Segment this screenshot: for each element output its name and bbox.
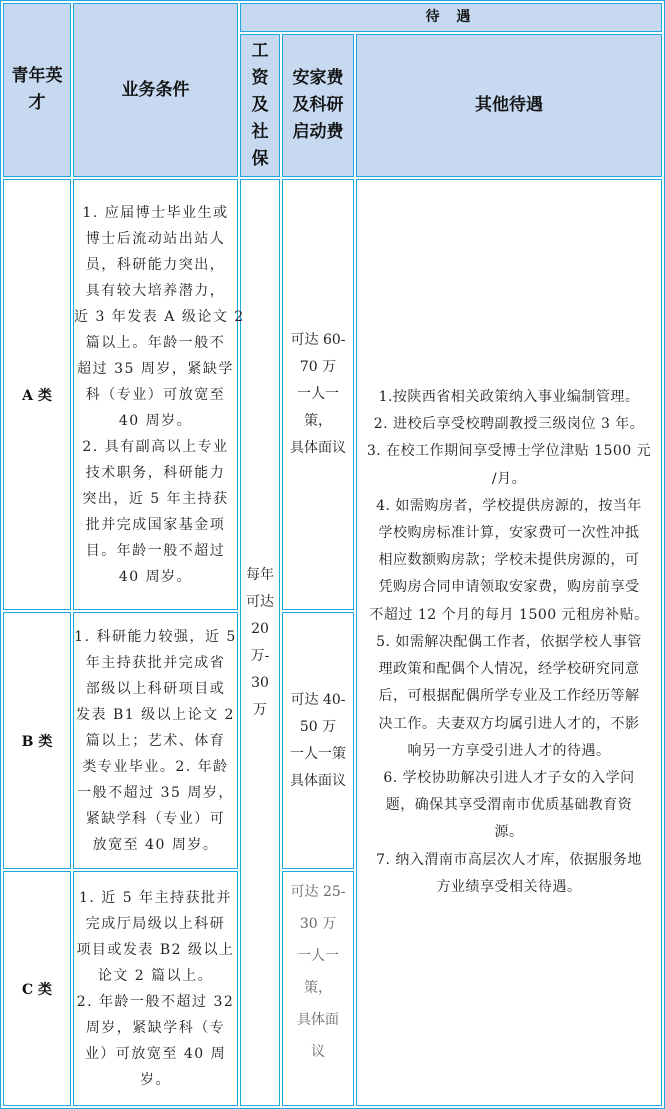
fee-c: 可达 25-30 万一人一策，具体面议 bbox=[282, 871, 354, 1106]
other-benefits: 1.按陕西省相关政策纳入事业编制管理。2. 进校后享受校聘副教授三级岗位 3 年… bbox=[356, 179, 662, 1106]
conditions-a: 1. 应届博士毕业生或博士后流动站出站人员，科研能力突出，具有较大培养潜力，近 … bbox=[73, 179, 238, 610]
table-row-a: A 类 1. 应届博士毕业生或博士后流动站出站人员，科研能力突出，具有较大培养潜… bbox=[3, 179, 662, 610]
header-salary: 工资及社保 bbox=[240, 34, 280, 177]
header-other: 其他待遇 bbox=[356, 34, 662, 177]
conditions-b: 1. 科研能力较强，近 5年主持获批并完成省部级以上科研项目或发表 B1 级以上… bbox=[73, 612, 238, 869]
category-b: B 类 bbox=[3, 612, 71, 869]
salary-cell: 每年可达20万-30万 bbox=[240, 179, 280, 1106]
category-c: C 类 bbox=[3, 871, 71, 1106]
fee-a: 可达 60-70 万一人一策，具体面议 bbox=[282, 179, 354, 610]
header-conditions: 业务条件 bbox=[73, 3, 238, 177]
header-talent: 青年英才 bbox=[3, 3, 71, 177]
category-a: A 类 bbox=[3, 179, 71, 610]
header-benefits: 待 遇 bbox=[240, 3, 662, 32]
talent-policy-table: 青年英才 业务条件 待 遇 工资及社保 安家费及科研启动费 其他待遇 A 类 1… bbox=[0, 0, 665, 1109]
fee-b: 可达 40-50 万一人一策具体面议 bbox=[282, 612, 354, 869]
header-fee: 安家费及科研启动费 bbox=[282, 34, 354, 177]
conditions-c: 1. 近 5 年主持获批并完成厅局级以上科研项目或发表 B2 级以上论文 2 篇… bbox=[73, 871, 238, 1106]
